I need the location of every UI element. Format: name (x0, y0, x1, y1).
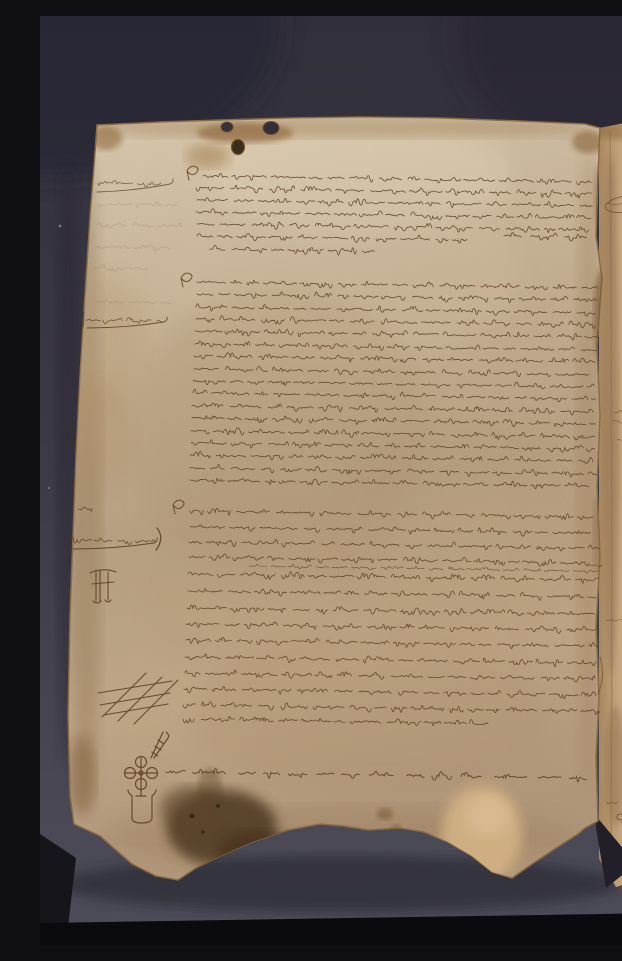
facing-folio-edge (595, 116, 622, 888)
parchment-folio (55, 106, 612, 882)
parchment-stains (55, 106, 612, 882)
dark-blot (232, 140, 245, 155)
wormhole-1 (221, 122, 233, 132)
manuscript-photo-canvas (40, 16, 622, 945)
wormhole-2 (263, 122, 279, 135)
manuscript-photo: Colour photograph of a single parchment … (40, 16, 622, 945)
